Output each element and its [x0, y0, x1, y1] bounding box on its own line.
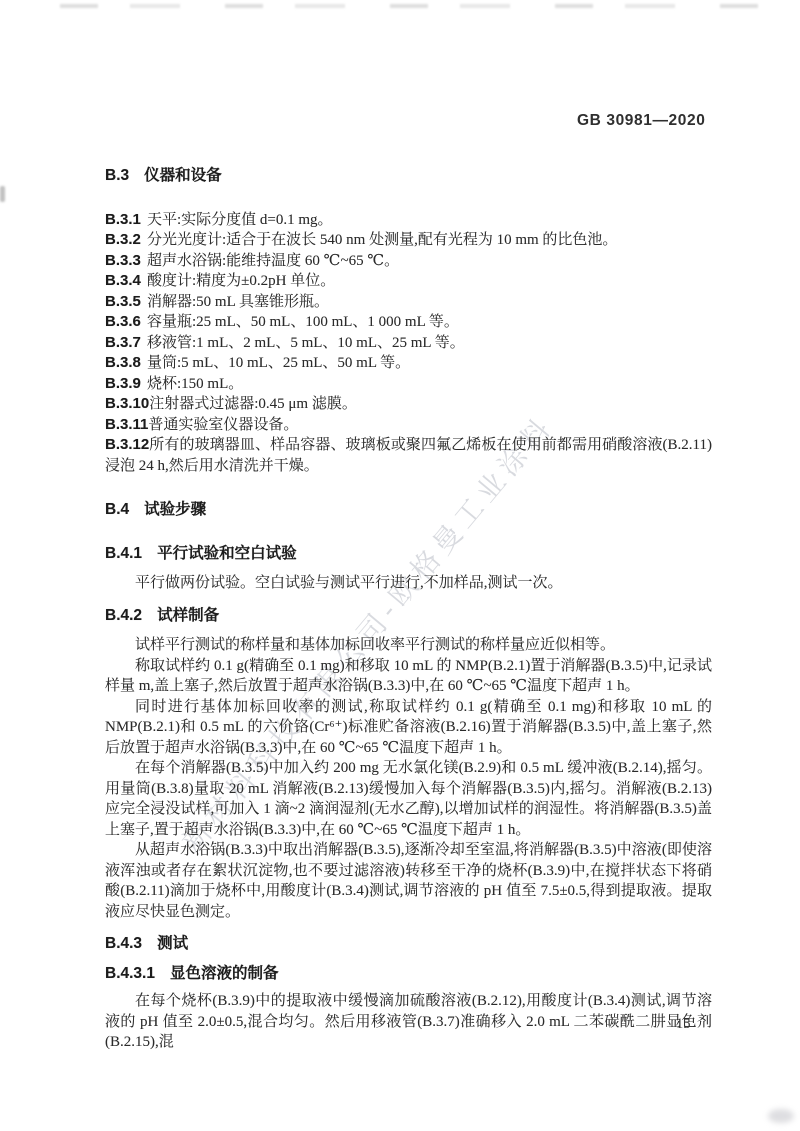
clause-text: 超声水浴锅:能维持温度 60 ℃~65 ℃。 — [147, 253, 399, 269]
section-title: 测试 — [157, 935, 188, 952]
standard-number: GB 30981—2020 — [577, 112, 705, 130]
clause-text: 酸度计:精度为±0.2pH 单位。 — [147, 273, 335, 289]
clause-text: 注射器式过滤器:0.45 μm 滤膜。 — [149, 396, 357, 412]
clause-text: 容量瓶:25 mL、50 mL、100 mL、1 000 mL 等。 — [147, 314, 459, 330]
clause-number: B.3.3 — [105, 251, 147, 272]
clause-item: B.3.2分光光度计:适合于在波长 540 nm 处测量,配有光程为 10 mm… — [105, 230, 712, 251]
section-title: 试验步骤 — [144, 501, 206, 518]
section-number: B.4.3.1 — [105, 965, 155, 982]
section-number: B.4 — [105, 501, 129, 518]
section-heading: B.4.3测试 — [105, 934, 712, 955]
section-title: 试样制备 — [157, 607, 219, 624]
document-page: GB 30981—2020 新材料科技有限公司-欧格曼工业涂料 B.3仪器和设备… — [0, 0, 800, 1131]
clause-text: 移液管:1 mL、2 mL、5 mL、10 mL、25 mL 等。 — [147, 335, 465, 351]
page-number: 15 — [676, 1016, 691, 1033]
section-title: 平行试验和空白试验 — [157, 545, 297, 562]
section-number: B.4.1 — [105, 545, 142, 562]
section-heading: B.4.1平行试验和空白试验 — [105, 544, 712, 565]
clause-item: B.3.8量筒:5 mL、10 mL、25 mL、50 mL 等。 — [105, 353, 712, 374]
clause-item: B.3.12所有的玻璃器皿、样品容器、玻璃板或聚四氟乙烯板在使用前都需用硝酸溶液… — [105, 435, 712, 476]
paragraph: 平行做两份试验。空白试验与测试平行进行,不加样品,测试一次。 — [105, 573, 712, 594]
clause-number: B.3.2 — [105, 230, 147, 251]
section-heading: B.3仪器和设备 — [105, 166, 712, 187]
clause-item: B.3.9烧杯:150 mL。 — [105, 374, 712, 395]
clause-number: B.3.7 — [105, 333, 147, 354]
clause-text: 消解器:50 mL 具塞锥形瓶。 — [147, 294, 329, 310]
clause-item: B.3.4酸度计:精度为±0.2pH 单位。 — [105, 271, 712, 292]
paragraph: 在每个烧杯(B.3.9)中的提取液中缓慢滴加硫酸溶液(B.2.12),用酸度计(… — [105, 991, 712, 1053]
clause-number: B.3.9 — [105, 374, 147, 395]
clause-number: B.3.8 — [105, 353, 147, 374]
paragraph: 同时进行基体加标回收率的测试,称取试样约 0.1 g(精确至 0.1 mg)和移… — [105, 697, 712, 759]
clause-text: 烧杯:150 mL。 — [147, 376, 243, 392]
scan-artifact-top-edge — [60, 4, 760, 8]
section-title: 仪器和设备 — [144, 167, 222, 184]
section-number: B.4.2 — [105, 607, 142, 624]
paragraph: 在每个消解器(B.3.5)中加入约 200 mg 无水氯化镁(B.2.9)和 0… — [105, 758, 712, 840]
paragraph: 试样平行测试的称样量和基体加标回收率平行测试的称样量应近似相等。 — [105, 635, 712, 656]
clause-text: 量筒:5 mL、10 mL、25 mL、50 mL 等。 — [147, 355, 410, 371]
clause-number: B.3.4 — [105, 271, 147, 292]
clause-text: 普通实验室仪器设备。 — [148, 417, 298, 433]
clause-number: B.3.1 — [105, 210, 147, 231]
document-body: B.3仪器和设备B.3.1天平:实际分度值 d=0.1 mg。B.3.2分光光度… — [105, 166, 712, 1053]
clause-text: 天平:实际分度值 d=0.1 mg。 — [147, 212, 333, 228]
scan-artifact-corner — [768, 1109, 794, 1123]
scan-artifact-left-edge — [0, 186, 5, 202]
clause-number: B.3.10 — [105, 394, 149, 415]
clause-item: B.3.7移液管:1 mL、2 mL、5 mL、10 mL、25 mL 等。 — [105, 333, 712, 354]
section-number: B.3 — [105, 167, 129, 184]
clause-number: B.3.12 — [105, 435, 149, 456]
clause-text: 所有的玻璃器皿、样品容器、玻璃板或聚四氟乙烯板在使用前都需用硝酸溶液(B.2.1… — [105, 437, 712, 474]
section-heading: B.4.3.1显色溶液的制备 — [105, 964, 712, 985]
clause-text: 分光光度计:适合于在波长 540 nm 处测量,配有光程为 10 mm 的比色池… — [147, 232, 617, 248]
clause-number: B.3.6 — [105, 312, 147, 333]
section-heading: B.4.2试样制备 — [105, 606, 712, 627]
section-title: 显色溶液的制备 — [170, 965, 279, 982]
section-heading: B.4试验步骤 — [105, 500, 712, 521]
paragraph: 称取试样约 0.1 g(精确至 0.1 mg)和移取 10 mL 的 NMP(B… — [105, 656, 712, 697]
paragraph: 从超声水浴锅(B.3.3)中取出消解器(B.3.5),逐渐冷却至室温,将消解器(… — [105, 840, 712, 922]
clause-item: B.3.3超声水浴锅:能维持温度 60 ℃~65 ℃。 — [105, 251, 712, 272]
clause-item: B.3.10注射器式过滤器:0.45 μm 滤膜。 — [105, 394, 712, 415]
clause-item: B.3.5消解器:50 mL 具塞锥形瓶。 — [105, 292, 712, 313]
clause-number: B.3.11 — [105, 415, 148, 436]
section-number: B.4.3 — [105, 935, 142, 952]
clause-number: B.3.5 — [105, 292, 147, 313]
clause-item: B.3.6容量瓶:25 mL、50 mL、100 mL、1 000 mL 等。 — [105, 312, 712, 333]
clause-item: B.3.11普通实验室仪器设备。 — [105, 415, 712, 436]
clause-item: B.3.1天平:实际分度值 d=0.1 mg。 — [105, 210, 712, 231]
